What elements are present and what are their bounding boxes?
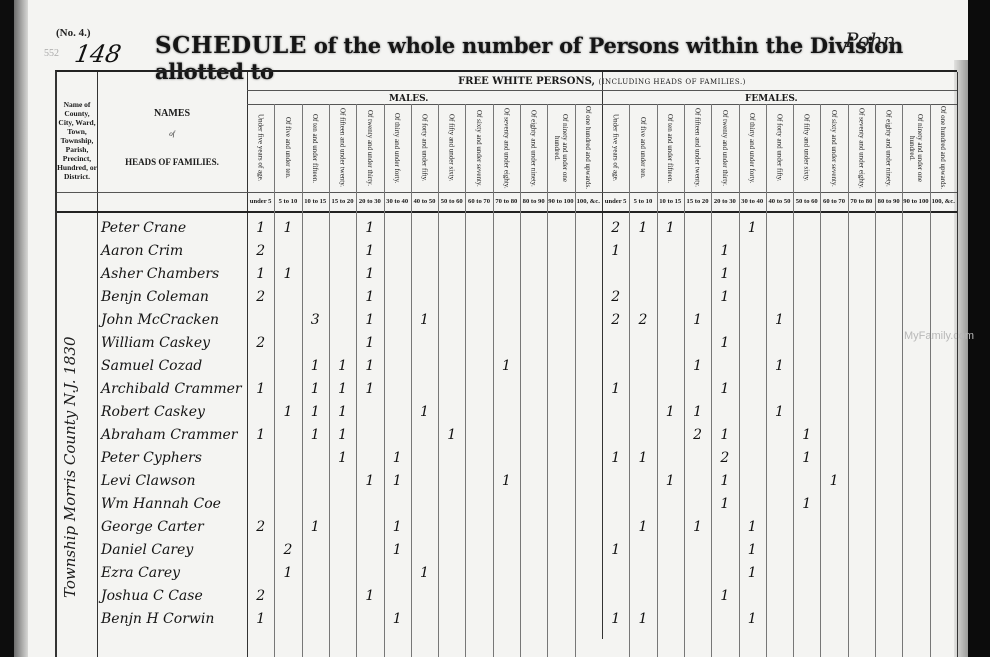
female-col-header-9: Of seventy and under eighty. xyxy=(848,105,875,191)
township-county-note: Township Morris County N.J. 1830 xyxy=(61,282,79,652)
head-of-family-name: Wm Hannah Coe xyxy=(101,493,221,515)
males-tally: 1 xyxy=(384,447,411,469)
females-tally: 1 xyxy=(766,309,793,331)
col-header-text: Of eighty and under ninety. xyxy=(530,110,538,187)
female-col-header-8: Of sixty and under seventy. xyxy=(820,105,847,191)
names-header-line2: HEADS OF FAMILIES. xyxy=(97,156,247,168)
females-tally: 1 xyxy=(657,217,684,239)
males-tally: 2 xyxy=(247,516,274,538)
col-header-text: Of seventy and under eighty. xyxy=(857,108,865,189)
females-tally: 1 xyxy=(711,585,738,607)
male-age-label-5: 30 to 40 xyxy=(384,194,411,210)
male-age-label-7: 50 to 60 xyxy=(438,194,465,210)
header-divider xyxy=(57,211,957,213)
males-tally: 1 xyxy=(384,470,411,492)
males-tally: 1 xyxy=(356,470,383,492)
male-col-header-3: Of fifteen and under twenty. xyxy=(329,105,356,191)
females-tally: 2 xyxy=(711,447,738,469)
female-age-label-5: 30 to 40 xyxy=(739,194,766,210)
male-col-header-11: Of ninety and under one hundred. xyxy=(547,105,574,191)
column-divider xyxy=(97,72,98,657)
col-header-text: Of fifty and under sixty. xyxy=(803,114,811,181)
female-age-label-8: 60 to 70 xyxy=(820,194,847,210)
males-tally: 1 xyxy=(384,608,411,630)
male-age-label-1: 5 to 10 xyxy=(274,194,301,210)
females-tally: 2 xyxy=(684,424,711,446)
head-of-family-name: William Caskey xyxy=(101,332,210,354)
header-divider xyxy=(247,90,957,91)
free-white-label: FREE WHITE PERSONS, xyxy=(458,76,595,87)
female-age-label-10: 80 to 90 xyxy=(875,194,902,210)
col-header-text: Of fifty and under sixty. xyxy=(448,114,456,181)
head-of-family-name: Benjn Coleman xyxy=(101,286,209,308)
female-col-header-3: Of fifteen and under twenty. xyxy=(684,105,711,191)
males-tally: 1 xyxy=(493,355,520,377)
male-age-label-2: 10 to 15 xyxy=(302,194,329,210)
males-tally: 2 xyxy=(247,585,274,607)
col-header-text: Of fifteen and under twenty. xyxy=(694,108,702,187)
col-header-text: Of thirty and under forty. xyxy=(393,113,401,184)
col-header-text: Of sixty and under seventy. xyxy=(475,110,483,187)
col-header-text: Of forty and under fifty. xyxy=(775,114,783,181)
female-col-header-5: Of thirty and under forty. xyxy=(739,105,766,191)
females-tally: 1 xyxy=(739,608,766,630)
males-tally: 1 xyxy=(247,608,274,630)
district-column-header: Name of County, City, Ward, Town, Townsh… xyxy=(57,100,97,181)
male-age-label-0: under 5 xyxy=(247,194,274,210)
female-col-header-11: Of ninety and under one hundred. xyxy=(902,105,929,191)
male-col-header-12: Of one hundred and upwards. xyxy=(575,105,602,191)
head-of-family-name: Daniel Carey xyxy=(101,539,193,561)
females-tally: 1 xyxy=(602,608,629,630)
male-age-label-11: 90 to 100 xyxy=(547,194,574,210)
female-col-header-12: Of one hundred and upwards. xyxy=(930,105,957,191)
female-age-label-3: 15 to 20 xyxy=(684,194,711,210)
females-tally: 1 xyxy=(739,562,766,584)
male-col-header-8: Of sixty and under seventy. xyxy=(465,105,492,191)
male-col-header-6: Of forty and under fifty. xyxy=(411,105,438,191)
males-tally: 1 xyxy=(356,585,383,607)
females-tally: 1 xyxy=(684,401,711,423)
head-of-family-name: Peter Crane xyxy=(101,217,186,239)
male-col-header-7: Of fifty and under sixty. xyxy=(438,105,465,191)
male-col-header-1: Of five and under ten. xyxy=(274,105,301,191)
females-tally: 1 xyxy=(657,470,684,492)
col-header-text: Of one hundred and upwards. xyxy=(584,106,592,189)
title-schedule: SCHEDULE xyxy=(155,32,307,59)
female-age-label-0: under 5 xyxy=(602,194,629,210)
female-col-header-10: Of eighty and under ninety. xyxy=(875,105,902,191)
male-col-header-9: Of seventy and under eighty. xyxy=(493,105,520,191)
females-tally: 1 xyxy=(684,516,711,538)
females-tally: 1 xyxy=(739,539,766,561)
females-tally: 1 xyxy=(629,447,656,469)
females-tally: 1 xyxy=(820,470,847,492)
scan-edge-left xyxy=(0,0,14,657)
head-of-family-name: Aaron Crim xyxy=(101,240,183,262)
females-tally: 1 xyxy=(711,470,738,492)
females-tally: 1 xyxy=(629,608,656,630)
male-col-header-4: Of twenty and under thirty. xyxy=(356,105,383,191)
female-age-label-1: 5 to 10 xyxy=(629,194,656,210)
females-tally: 1 xyxy=(711,493,738,515)
males-tally: 1 xyxy=(356,263,383,285)
females-tally: 1 xyxy=(739,217,766,239)
col-header-text: Of ten and under fifteen. xyxy=(311,114,319,183)
names-column-header: NAMES of HEADS OF FAMILIES. xyxy=(97,108,247,168)
males-tally: 1 xyxy=(356,286,383,308)
males-tally: 2 xyxy=(247,286,274,308)
males-tally: 2 xyxy=(247,332,274,354)
females-header: FEMALES. xyxy=(745,94,798,104)
faint-stamp-number: 552 xyxy=(44,48,59,59)
females-tally: 1 xyxy=(684,309,711,331)
col-header-text: Of five and under ten. xyxy=(639,117,647,179)
females-tally: 1 xyxy=(602,240,629,262)
col-header-text: Of fifteen and under twenty. xyxy=(339,108,347,187)
females-tally: 1 xyxy=(793,447,820,469)
females-tally: 1 xyxy=(602,447,629,469)
head-of-family-name: Archibald Crammer xyxy=(101,378,242,400)
scan-margin-left xyxy=(14,0,28,657)
col-header-text: Of five and under ten. xyxy=(284,117,292,179)
females-tally: 1 xyxy=(602,378,629,400)
female-col-header-7: Of fifty and under sixty. xyxy=(793,105,820,191)
female-col-header-2: Of ten and under fifteen. xyxy=(657,105,684,191)
column-divider xyxy=(957,72,958,657)
female-age-label-9: 70 to 80 xyxy=(848,194,875,210)
males-tally: 1 xyxy=(438,424,465,446)
head-of-family-name: Joshua C Case xyxy=(101,585,203,607)
females-tally: 1 xyxy=(629,217,656,239)
females-tally: 2 xyxy=(602,217,629,239)
female-age-label-11: 90 to 100 xyxy=(902,194,929,210)
females-tally: 1 xyxy=(602,539,629,561)
female-col-header-4: Of twenty and under thirty. xyxy=(711,105,738,191)
females-tally: 1 xyxy=(793,493,820,515)
females-tally: 2 xyxy=(602,309,629,331)
males-tally: 1 xyxy=(356,217,383,239)
page-number: 148 xyxy=(73,40,124,68)
col-header-text: Of forty and under fifty. xyxy=(420,114,428,181)
males-tally: 1 xyxy=(329,424,356,446)
male-age-label-3: 15 to 20 xyxy=(329,194,356,210)
col-header-text: Of ninety and under one hundred. xyxy=(908,106,924,190)
female-age-label-7: 50 to 60 xyxy=(793,194,820,210)
female-age-label-2: 10 to 15 xyxy=(657,194,684,210)
males-tally: 1 xyxy=(274,562,301,584)
females-tally: 2 xyxy=(602,286,629,308)
col-header-text: Of twenty and under thirty. xyxy=(366,110,374,186)
males-tally: 1 xyxy=(302,355,329,377)
females-tally: 1 xyxy=(711,240,738,262)
males-tally: 1 xyxy=(493,470,520,492)
males-tally: 1 xyxy=(302,516,329,538)
head-of-family-name: John McCracken xyxy=(101,309,219,331)
including-heads-label: (INCLUDING HEADS OF FAMILIES.) xyxy=(598,78,745,86)
col-header-text: Under five years of age. xyxy=(612,114,620,181)
males-tally: 1 xyxy=(356,309,383,331)
head-of-family-name: Levi Clawson xyxy=(101,470,196,492)
head-of-family-name: Robert Caskey xyxy=(101,401,205,423)
col-header-text: Of ten and under fifteen. xyxy=(666,114,674,183)
males-tally: 1 xyxy=(302,401,329,423)
females-tally: 1 xyxy=(766,355,793,377)
females-tally: 1 xyxy=(766,401,793,423)
males-tally: 3 xyxy=(302,309,329,331)
female-age-label-6: 40 to 50 xyxy=(766,194,793,210)
male-age-label-9: 70 to 80 xyxy=(493,194,520,210)
females-tally: 1 xyxy=(739,516,766,538)
col-header-text: Of twenty and under thirty. xyxy=(721,110,729,186)
male-age-label-10: 80 to 90 xyxy=(520,194,547,210)
males-tally: 1 xyxy=(329,355,356,377)
males-tally: 1 xyxy=(302,378,329,400)
males-tally: 1 xyxy=(411,562,438,584)
females-tally: 1 xyxy=(711,332,738,354)
female-col-header-1: Of five and under ten. xyxy=(629,105,656,191)
males-tally: 1 xyxy=(247,378,274,400)
males-tally: 1 xyxy=(384,539,411,561)
scan-edge-right xyxy=(968,0,990,657)
female-age-label-12: 100, &c. xyxy=(930,194,957,210)
males-tally: 1 xyxy=(411,309,438,331)
males-tally: 1 xyxy=(274,217,301,239)
names-header-line1: NAMES xyxy=(97,108,247,120)
females-tally: 1 xyxy=(711,286,738,308)
col-header-text: Of sixty and under seventy. xyxy=(830,110,838,187)
margin-annotation: Township Morris County N.J. 1830 xyxy=(61,282,91,652)
col-header-text: Of seventy and under eighty. xyxy=(502,108,510,189)
male-col-header-10: Of eighty and under ninety. xyxy=(520,105,547,191)
males-header: MALES. xyxy=(389,94,428,104)
col-header-text: Of ninety and under one hundred. xyxy=(553,106,569,190)
males-tally: 1 xyxy=(329,378,356,400)
males-tally: 1 xyxy=(356,378,383,400)
head-of-family-name: Asher Chambers xyxy=(101,263,219,285)
males-tally: 2 xyxy=(274,539,301,561)
watermark: MyFamily.com xyxy=(904,330,974,342)
head-of-family-name: Abraham Crammer xyxy=(101,424,237,446)
head-of-family-name: Peter Cyphers xyxy=(101,447,202,469)
head-of-family-name: Ezra Carey xyxy=(101,562,180,584)
females-tally: 1 xyxy=(793,424,820,446)
col-header-text: Of thirty and under forty. xyxy=(748,113,756,184)
males-tally: 1 xyxy=(274,263,301,285)
males-tally: 1 xyxy=(356,240,383,262)
females-tally: 1 xyxy=(629,516,656,538)
head-of-family-name: Benjn H Corwin xyxy=(101,608,214,630)
names-header-of: of xyxy=(97,128,247,140)
male-age-label-12: 100, &c. xyxy=(575,194,602,210)
males-tally: 1 xyxy=(411,401,438,423)
males-tally: 1 xyxy=(356,355,383,377)
females-tally: 1 xyxy=(711,378,738,400)
female-age-label-4: 20 to 30 xyxy=(711,194,738,210)
females-tally: 1 xyxy=(657,401,684,423)
female-col-header-6: Of forty and under fifty. xyxy=(766,105,793,191)
males-tally: 1 xyxy=(329,447,356,469)
census-table: Name of County, City, Ward, Town, Townsh… xyxy=(55,70,957,657)
form-number: (No. 4.) xyxy=(56,27,91,39)
col-header-text: Of eighty and under ninety. xyxy=(885,110,893,187)
male-age-label-6: 40 to 50 xyxy=(411,194,438,210)
header-divider xyxy=(57,192,957,193)
females-tally: 1 xyxy=(684,355,711,377)
females-tally: 2 xyxy=(629,309,656,331)
head-of-family-name: George Carter xyxy=(101,516,204,538)
head-of-family-name: Samuel Cozad xyxy=(101,355,202,377)
male-col-header-5: Of thirty and under forty. xyxy=(384,105,411,191)
male-col-header-0: Under five years of age. xyxy=(247,105,274,191)
male-col-header-2: Of ten and under fifteen. xyxy=(302,105,329,191)
males-tally: 1 xyxy=(247,424,274,446)
col-header-text: Of one hundred and upwards. xyxy=(939,106,947,189)
males-tally: 1 xyxy=(384,516,411,538)
males-tally: 1 xyxy=(247,217,274,239)
female-col-header-0: Under five years of age. xyxy=(602,105,629,191)
male-age-label-4: 20 to 30 xyxy=(356,194,383,210)
col-header-text: Under five years of age. xyxy=(257,114,265,181)
females-tally: 1 xyxy=(711,424,738,446)
males-tally: 1 xyxy=(356,332,383,354)
division-handwritten: Pohn xyxy=(845,28,895,52)
males-tally: 1 xyxy=(247,263,274,285)
males-tally: 1 xyxy=(329,401,356,423)
males-tally: 1 xyxy=(302,424,329,446)
male-age-label-8: 60 to 70 xyxy=(465,194,492,210)
males-tally: 1 xyxy=(274,401,301,423)
females-tally: 1 xyxy=(711,263,738,285)
males-tally: 2 xyxy=(247,240,274,262)
